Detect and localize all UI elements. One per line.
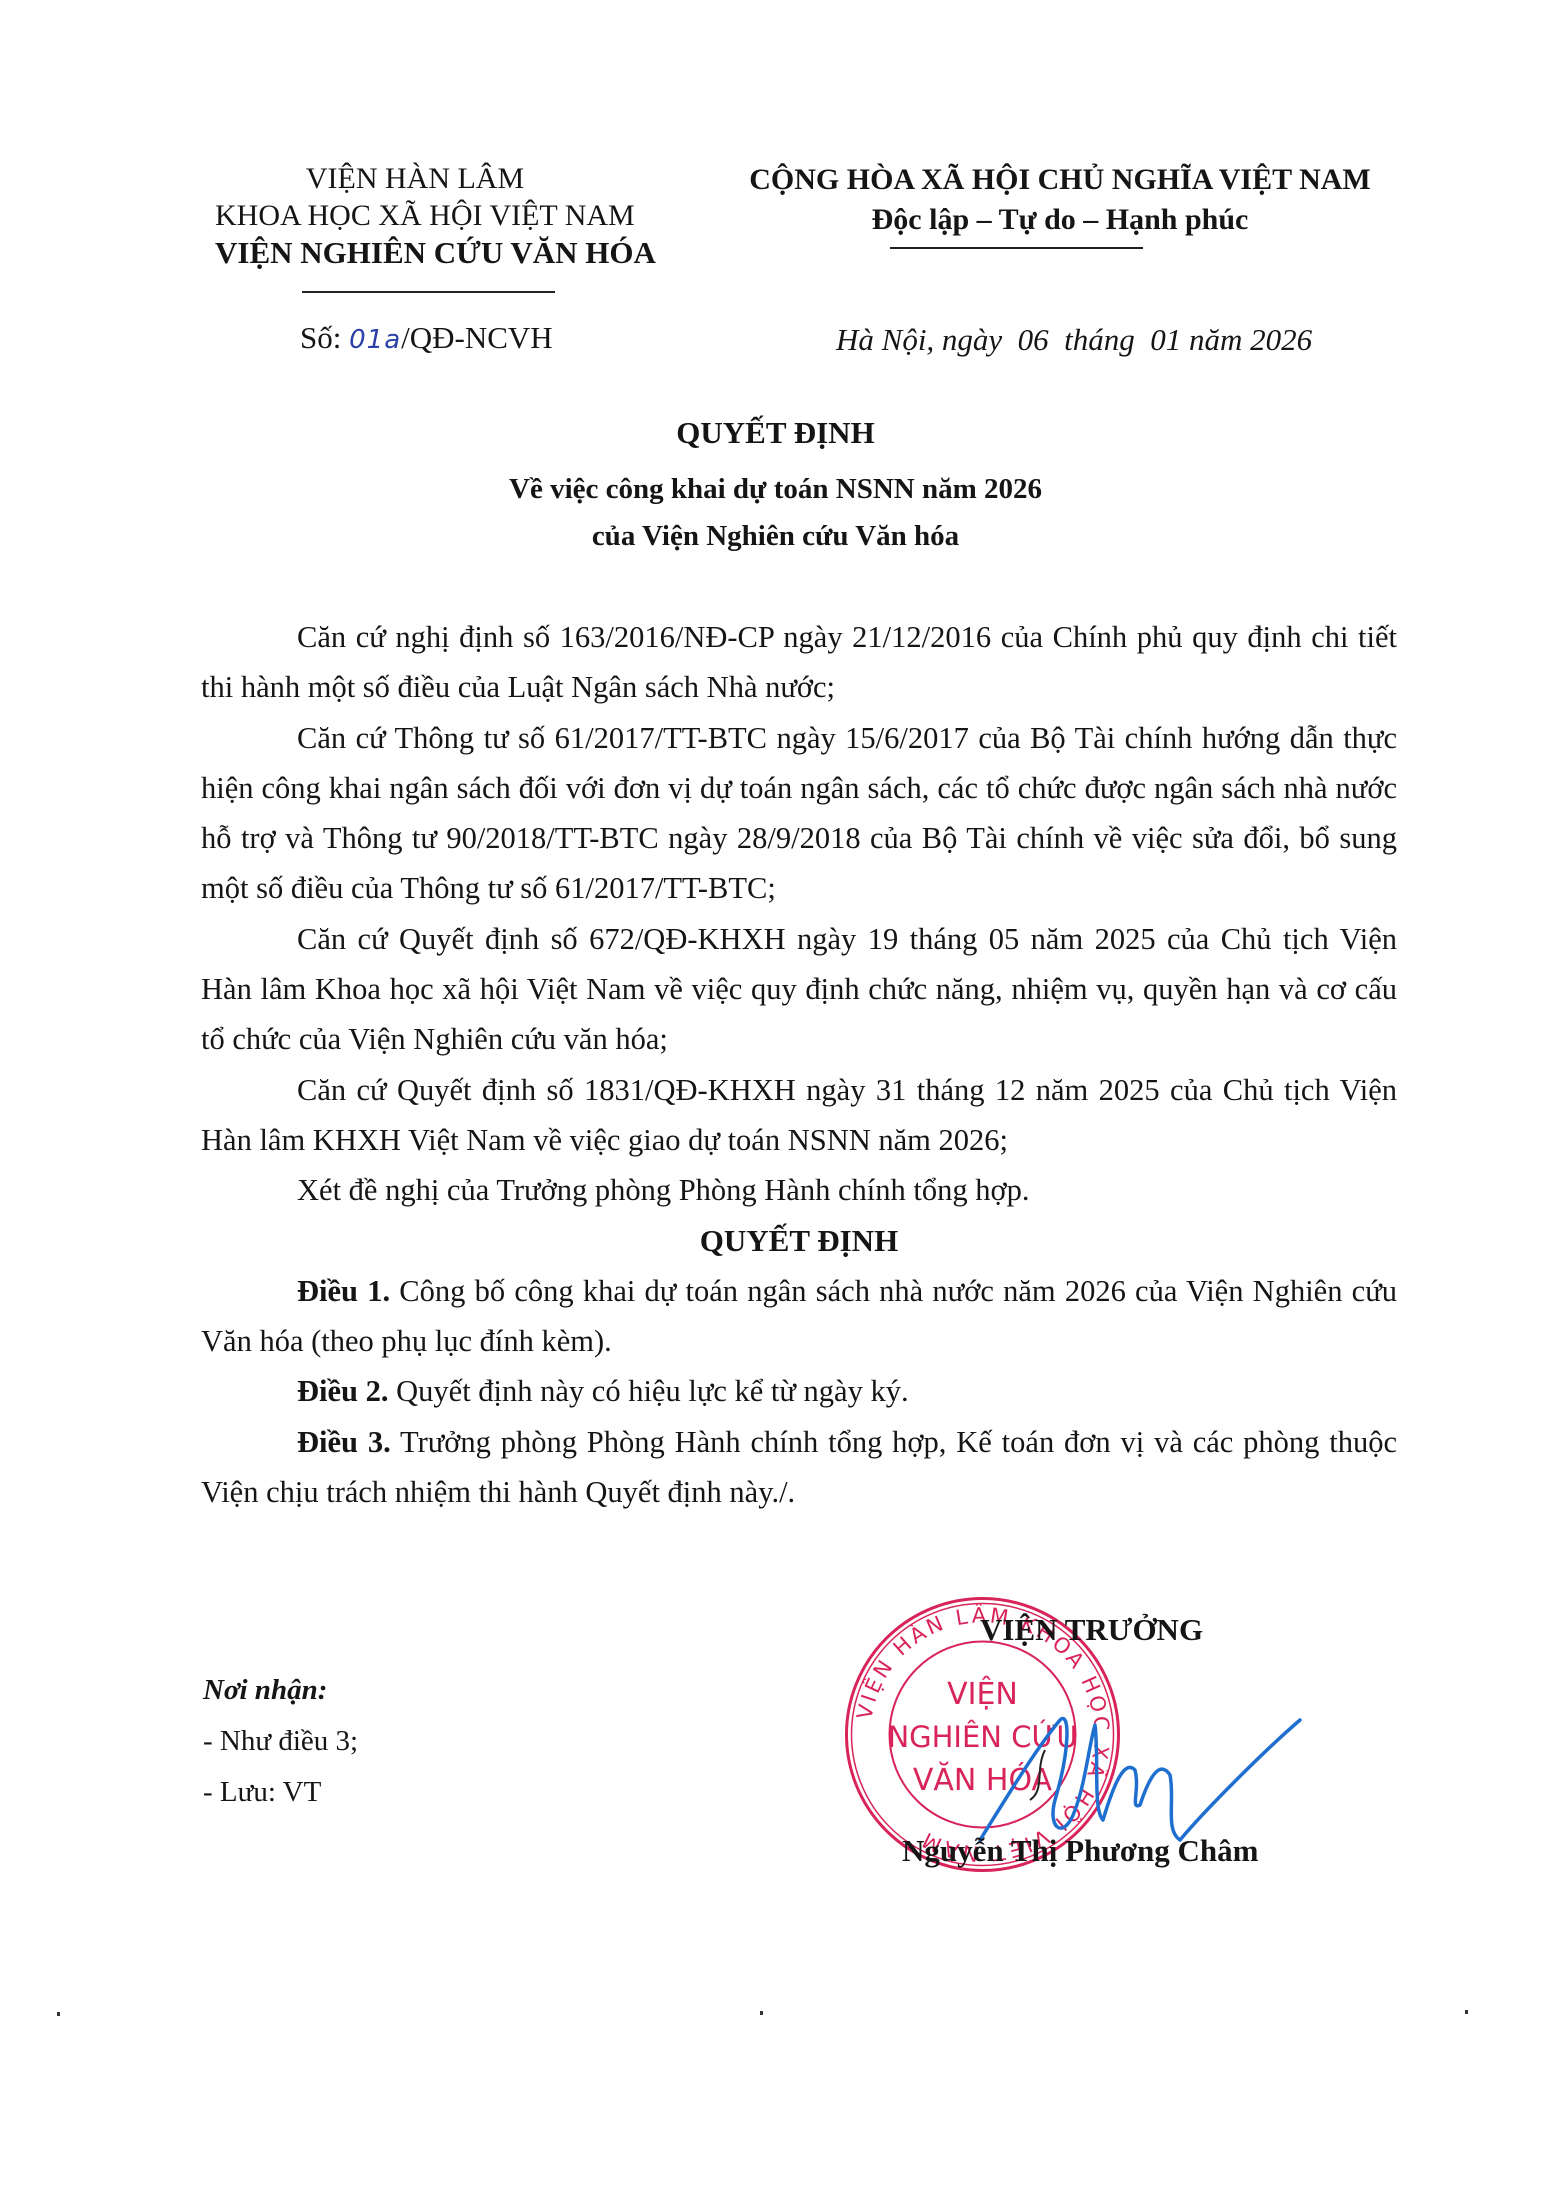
article-text: Quyết định này có hiệu lực kể từ ngày ký… xyxy=(389,1374,909,1408)
agency-parent-line1: VIỆN HÀN LÂM xyxy=(215,160,615,197)
document-subtitle-line1: Về việc công khai dự toán NSNN năm 2026 xyxy=(0,473,1551,506)
signatory-name: Nguyễn Thị Phương Châm xyxy=(902,1833,1259,1869)
article-3: Điều 3. Trưởng phòng Phòng Hành chính tổ… xyxy=(201,1417,1397,1518)
document-body: Căn cứ nghị định số 163/2016/NĐ-CP ngày … xyxy=(201,612,1397,1517)
scan-speck xyxy=(1465,2010,1468,2014)
preamble-paragraph: Căn cứ Thông tư số 61/2017/TT-BTC ngày 1… xyxy=(201,713,1397,914)
document-title: QUYẾT ĐỊNH xyxy=(0,415,1551,451)
recipients-block: Nơi nhận: - Như điều 3; - Lưu: VT xyxy=(203,1665,358,1818)
signatory-title: VIỆN TRƯỞNG xyxy=(980,1612,1203,1648)
recipient-item: - Như điều 3; xyxy=(203,1716,358,1767)
country-name: CỘNG HÒA XÃ HỘI CHỦ NGHĨA VIỆT NAM xyxy=(730,160,1390,200)
article-1: Điều 1. Công bố công khai dự toán ngân s… xyxy=(201,1266,1397,1367)
document-number-suffix: /QĐ-NCVH xyxy=(401,320,553,355)
decision-heading: QUYẾT ĐỊNH xyxy=(201,1216,1397,1266)
issuing-agency-header: VIỆN HÀN LÂM KHOA HỌC XÃ HỘI VIỆT NAM VI… xyxy=(215,160,615,271)
agency-underline xyxy=(302,291,555,293)
preamble-paragraph: Căn cứ Quyết định số 1831/QĐ-KHXH ngày 3… xyxy=(201,1065,1397,1166)
article-label: Điều 2. xyxy=(297,1374,389,1408)
scan-speck xyxy=(57,2012,60,2016)
article-2: Điều 2. Quyết định này có hiệu lực kể từ… xyxy=(201,1366,1397,1416)
national-motto-header: CỘNG HÒA XÃ HỘI CHỦ NGHĨA VIỆT NAM Độc l… xyxy=(730,160,1390,240)
preamble-paragraph: Xét đề nghị của Trưởng phòng Phòng Hành … xyxy=(201,1165,1397,1215)
preamble-paragraph: Căn cứ Quyết định số 672/QĐ-KHXH ngày 19… xyxy=(201,914,1397,1065)
national-motto: Độc lập – Tự do – Hạnh phúc xyxy=(730,200,1390,240)
document-number: Số: 01a/QĐ-NCVH xyxy=(300,320,553,356)
article-label: Điều 1. xyxy=(297,1274,390,1308)
agency-parent-line2: KHOA HỌC XÃ HỘI VIỆT NAM xyxy=(215,197,615,234)
place-date: Hà Nội, ngày 06 tháng 01 năm 2026 xyxy=(836,322,1312,358)
scan-speck xyxy=(760,2011,763,2015)
recipient-item: - Lưu: VT xyxy=(203,1767,358,1818)
agency-name: VIỆN NGHIÊN CỨU VĂN HÓA xyxy=(215,234,615,271)
motto-underline xyxy=(890,247,1143,249)
article-label: Điều 3. xyxy=(297,1425,391,1459)
recipients-title: Nơi nhận: xyxy=(203,1665,358,1716)
preamble-paragraph: Căn cứ nghị định số 163/2016/NĐ-CP ngày … xyxy=(201,612,1397,713)
document-number-prefix: Số: xyxy=(300,320,349,355)
document-subtitle-line2: của Viện Nghiên cứu Văn hóa xyxy=(0,520,1551,553)
document-number-handwritten: 01a xyxy=(349,325,401,355)
